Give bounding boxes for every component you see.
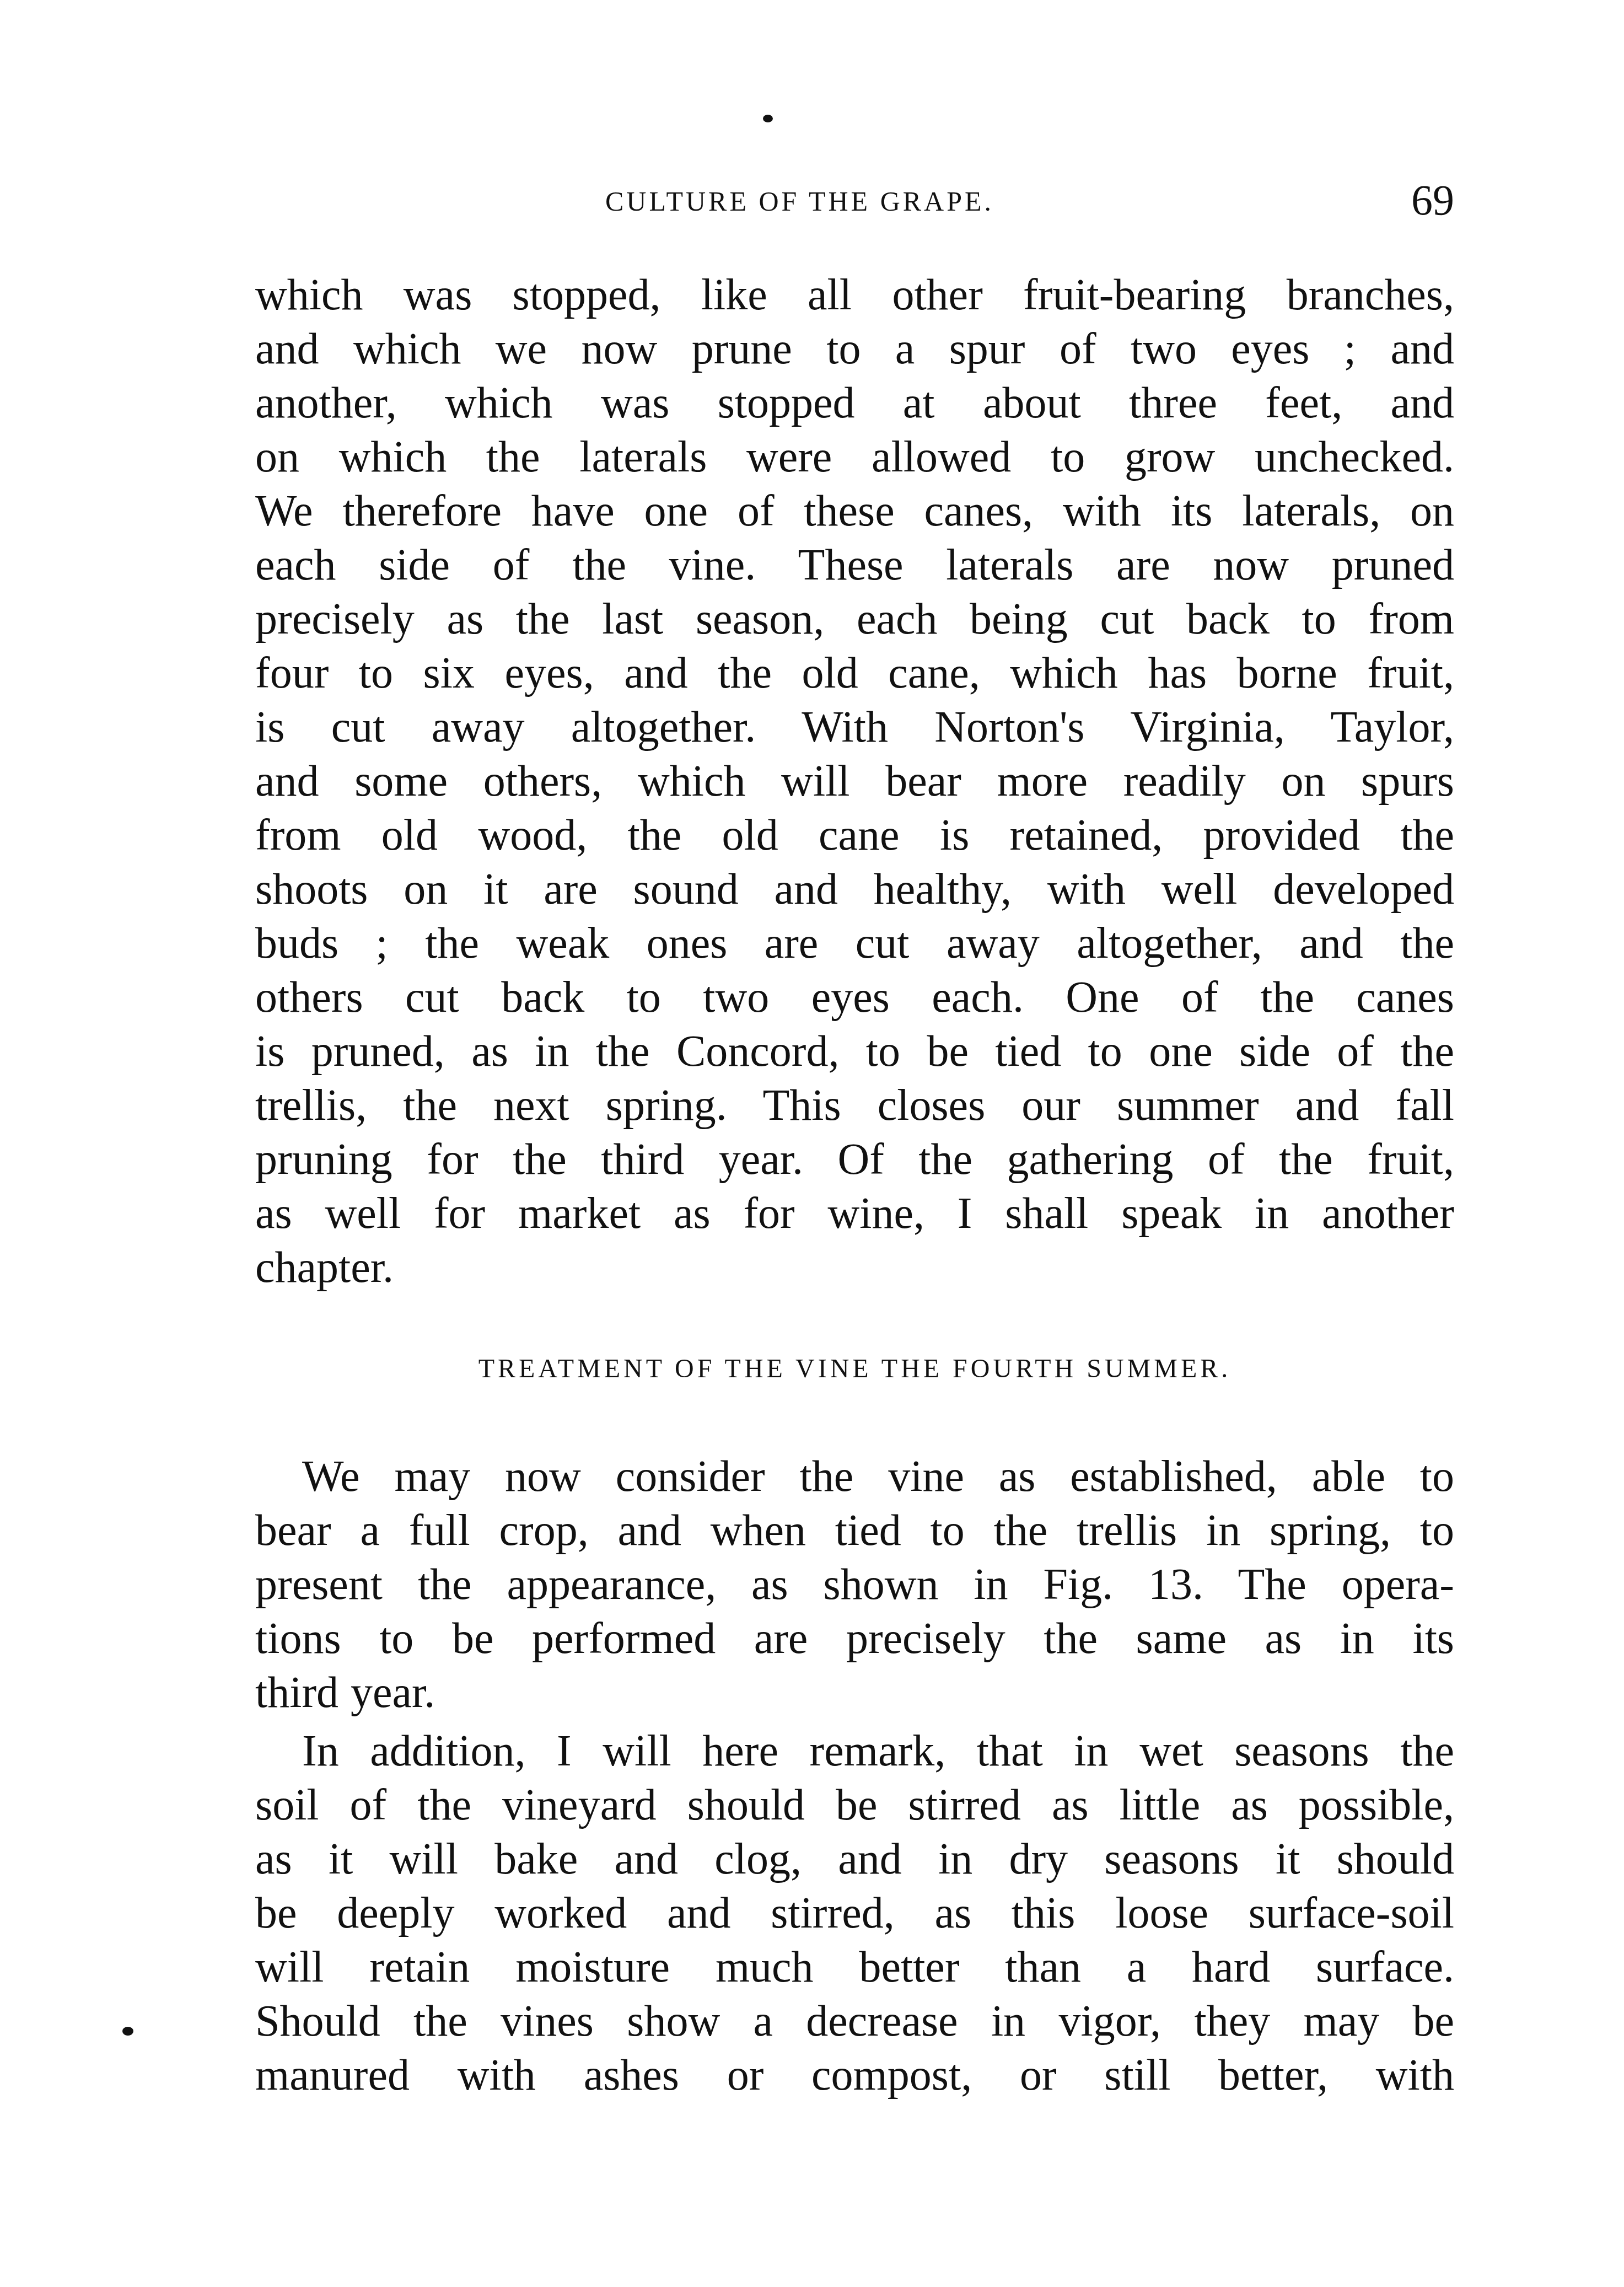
text-line: precisely as the last season, each being…	[255, 592, 1454, 646]
paragraph-1: which was stopped, like all other fruit-…	[255, 268, 1454, 1295]
text-line: as well for market as for wine, I shall …	[255, 1187, 1454, 1241]
text-line: pruning for the third year. Of the gathe…	[255, 1132, 1454, 1187]
text-line: four to six eyes, and the old cane, whic…	[255, 646, 1454, 700]
text-line: is cut away altogether. With Norton's Vi…	[255, 700, 1454, 754]
text-line: will retain moisture much better than a …	[255, 1940, 1454, 1994]
text-line: bear a full crop, and when tied to the t…	[255, 1504, 1454, 1558]
text-line: and some others, which will bear more re…	[255, 754, 1454, 808]
text-line: manured with ashes or compost, or still …	[255, 2048, 1454, 2102]
text-line: and which we now prune to a spur of two …	[255, 322, 1454, 376]
page-number: 69	[1411, 175, 1454, 225]
text-line: In addition, I will here remark, that in…	[255, 1724, 1454, 1778]
text-line: others cut back to two eyes each. One of…	[255, 970, 1454, 1024]
text-line: shoots on it are sound and healthy, with…	[255, 862, 1454, 916]
text-line: each side of the vine. These laterals ar…	[255, 538, 1454, 592]
text-line: We therefore have one of these canes, wi…	[255, 484, 1454, 538]
text-line: trellis, the next spring. This closes ou…	[255, 1078, 1454, 1132]
text-line: as it will bake and clog, and in dry sea…	[255, 1832, 1454, 1886]
text-line: tions to be performed are precisely the …	[255, 1612, 1454, 1666]
text-line: third year.	[255, 1666, 1454, 1720]
text-line: present the appearance, as shown in Fig.…	[255, 1558, 1454, 1612]
text-line: on which the laterals were allowed to gr…	[255, 430, 1454, 484]
text-line: is pruned, as in the Concord, to be tied…	[255, 1024, 1454, 1078]
text-line: chapter.	[255, 1241, 1454, 1295]
paragraph-2: We may now consider the vine as establis…	[255, 1449, 1454, 1720]
running-title: CULTURE OF THE GRAPE.	[605, 185, 994, 217]
print-speck-top	[763, 115, 773, 122]
text-line: be deeply worked and stirred, as this lo…	[255, 1886, 1454, 1940]
print-speck-margin	[122, 2027, 133, 2036]
book-page: CULTURE OF THE GRAPE. 69 which was stopp…	[0, 0, 1624, 2287]
section-heading: TREATMENT OF THE VINE THE FOURTH SUMMER.	[255, 1354, 1454, 1384]
text-line: from old wood, the old cane is retained,…	[255, 808, 1454, 862]
text-line: We may now consider the vine as establis…	[255, 1449, 1454, 1504]
text-line: another, which was stopped at about thre…	[255, 376, 1454, 430]
text-line: Should the vines show a decrease in vigo…	[255, 1994, 1454, 2048]
text-line: which was stopped, like all other fruit-…	[255, 268, 1454, 322]
text-line: soil of the vineyard should be stirred a…	[255, 1778, 1454, 1832]
running-head: CULTURE OF THE GRAPE. 69	[255, 175, 1454, 230]
text-line: buds ; the weak ones are cut away altoge…	[255, 916, 1454, 970]
paragraph-3: In addition, I will here remark, that in…	[255, 1724, 1454, 2102]
